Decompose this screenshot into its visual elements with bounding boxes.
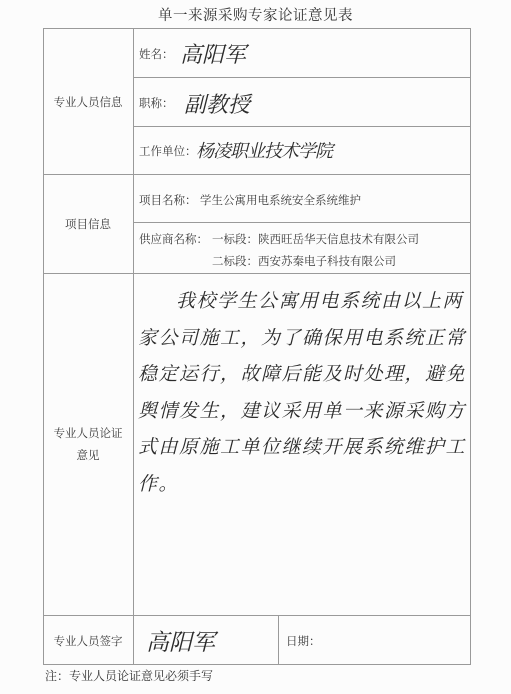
date-label: 日期： [286,633,321,649]
form-title: 单一来源采购专家论证意见表 [0,4,511,25]
section-divider-opinion [43,273,471,274]
table-border-bottom [43,664,471,665]
row-divider-title [133,126,471,127]
name-label: 姓名： [139,46,174,62]
title-handwritten-field[interactable]: 副教授 [184,88,250,119]
signature-handwritten-field[interactable]: 高阳军 [146,624,215,657]
lot1-supplier-value: 陕西旺岳华天信息技术有限公司 [258,231,419,247]
opinion-label-line1: 专业人员论证 [43,425,133,441]
project-name-value: 学生公寓用电系统安全系统维护 [200,192,361,208]
workplace-label: 工作单位： [139,143,197,159]
table-border-right [470,28,471,665]
opinion-label-line2: 意见 [43,447,133,463]
personnel-info-label: 专业人员信息 [43,94,133,110]
table-border-left [43,28,44,665]
footnote: 注：专业人员论证意见必须手写 [45,667,213,684]
row-divider-project-name [133,222,471,223]
date-field[interactable] [320,633,460,649]
lot2-supplier-value: 西安苏秦电子科技有限公司 [258,253,396,269]
project-name-label: 项目名称： [139,192,197,208]
lot1-label: 一标段： [212,231,258,247]
section-divider-signature [43,615,471,616]
name-handwritten-field[interactable]: 高阳军 [180,38,246,69]
workplace-handwritten-field[interactable]: 杨凌职业技术学院 [196,137,332,163]
section-divider-project [43,174,471,175]
row-divider-name [133,77,471,78]
opinion-handwritten-text[interactable]: 我校学生公寓用电系统由以上两家公司施工，为了确保用电系统正常稳定运行，故障后能及… [138,283,468,502]
table-border-top [43,28,471,29]
supplier-label: 供应商名称： [139,231,208,247]
signature-label: 专业人员签字 [43,633,133,649]
project-info-label: 项目信息 [43,216,133,232]
date-column-divider [278,615,279,665]
title-label: 职称： [139,95,174,111]
lot2-label: 二标段： [212,253,258,269]
label-column-divider [133,28,134,665]
